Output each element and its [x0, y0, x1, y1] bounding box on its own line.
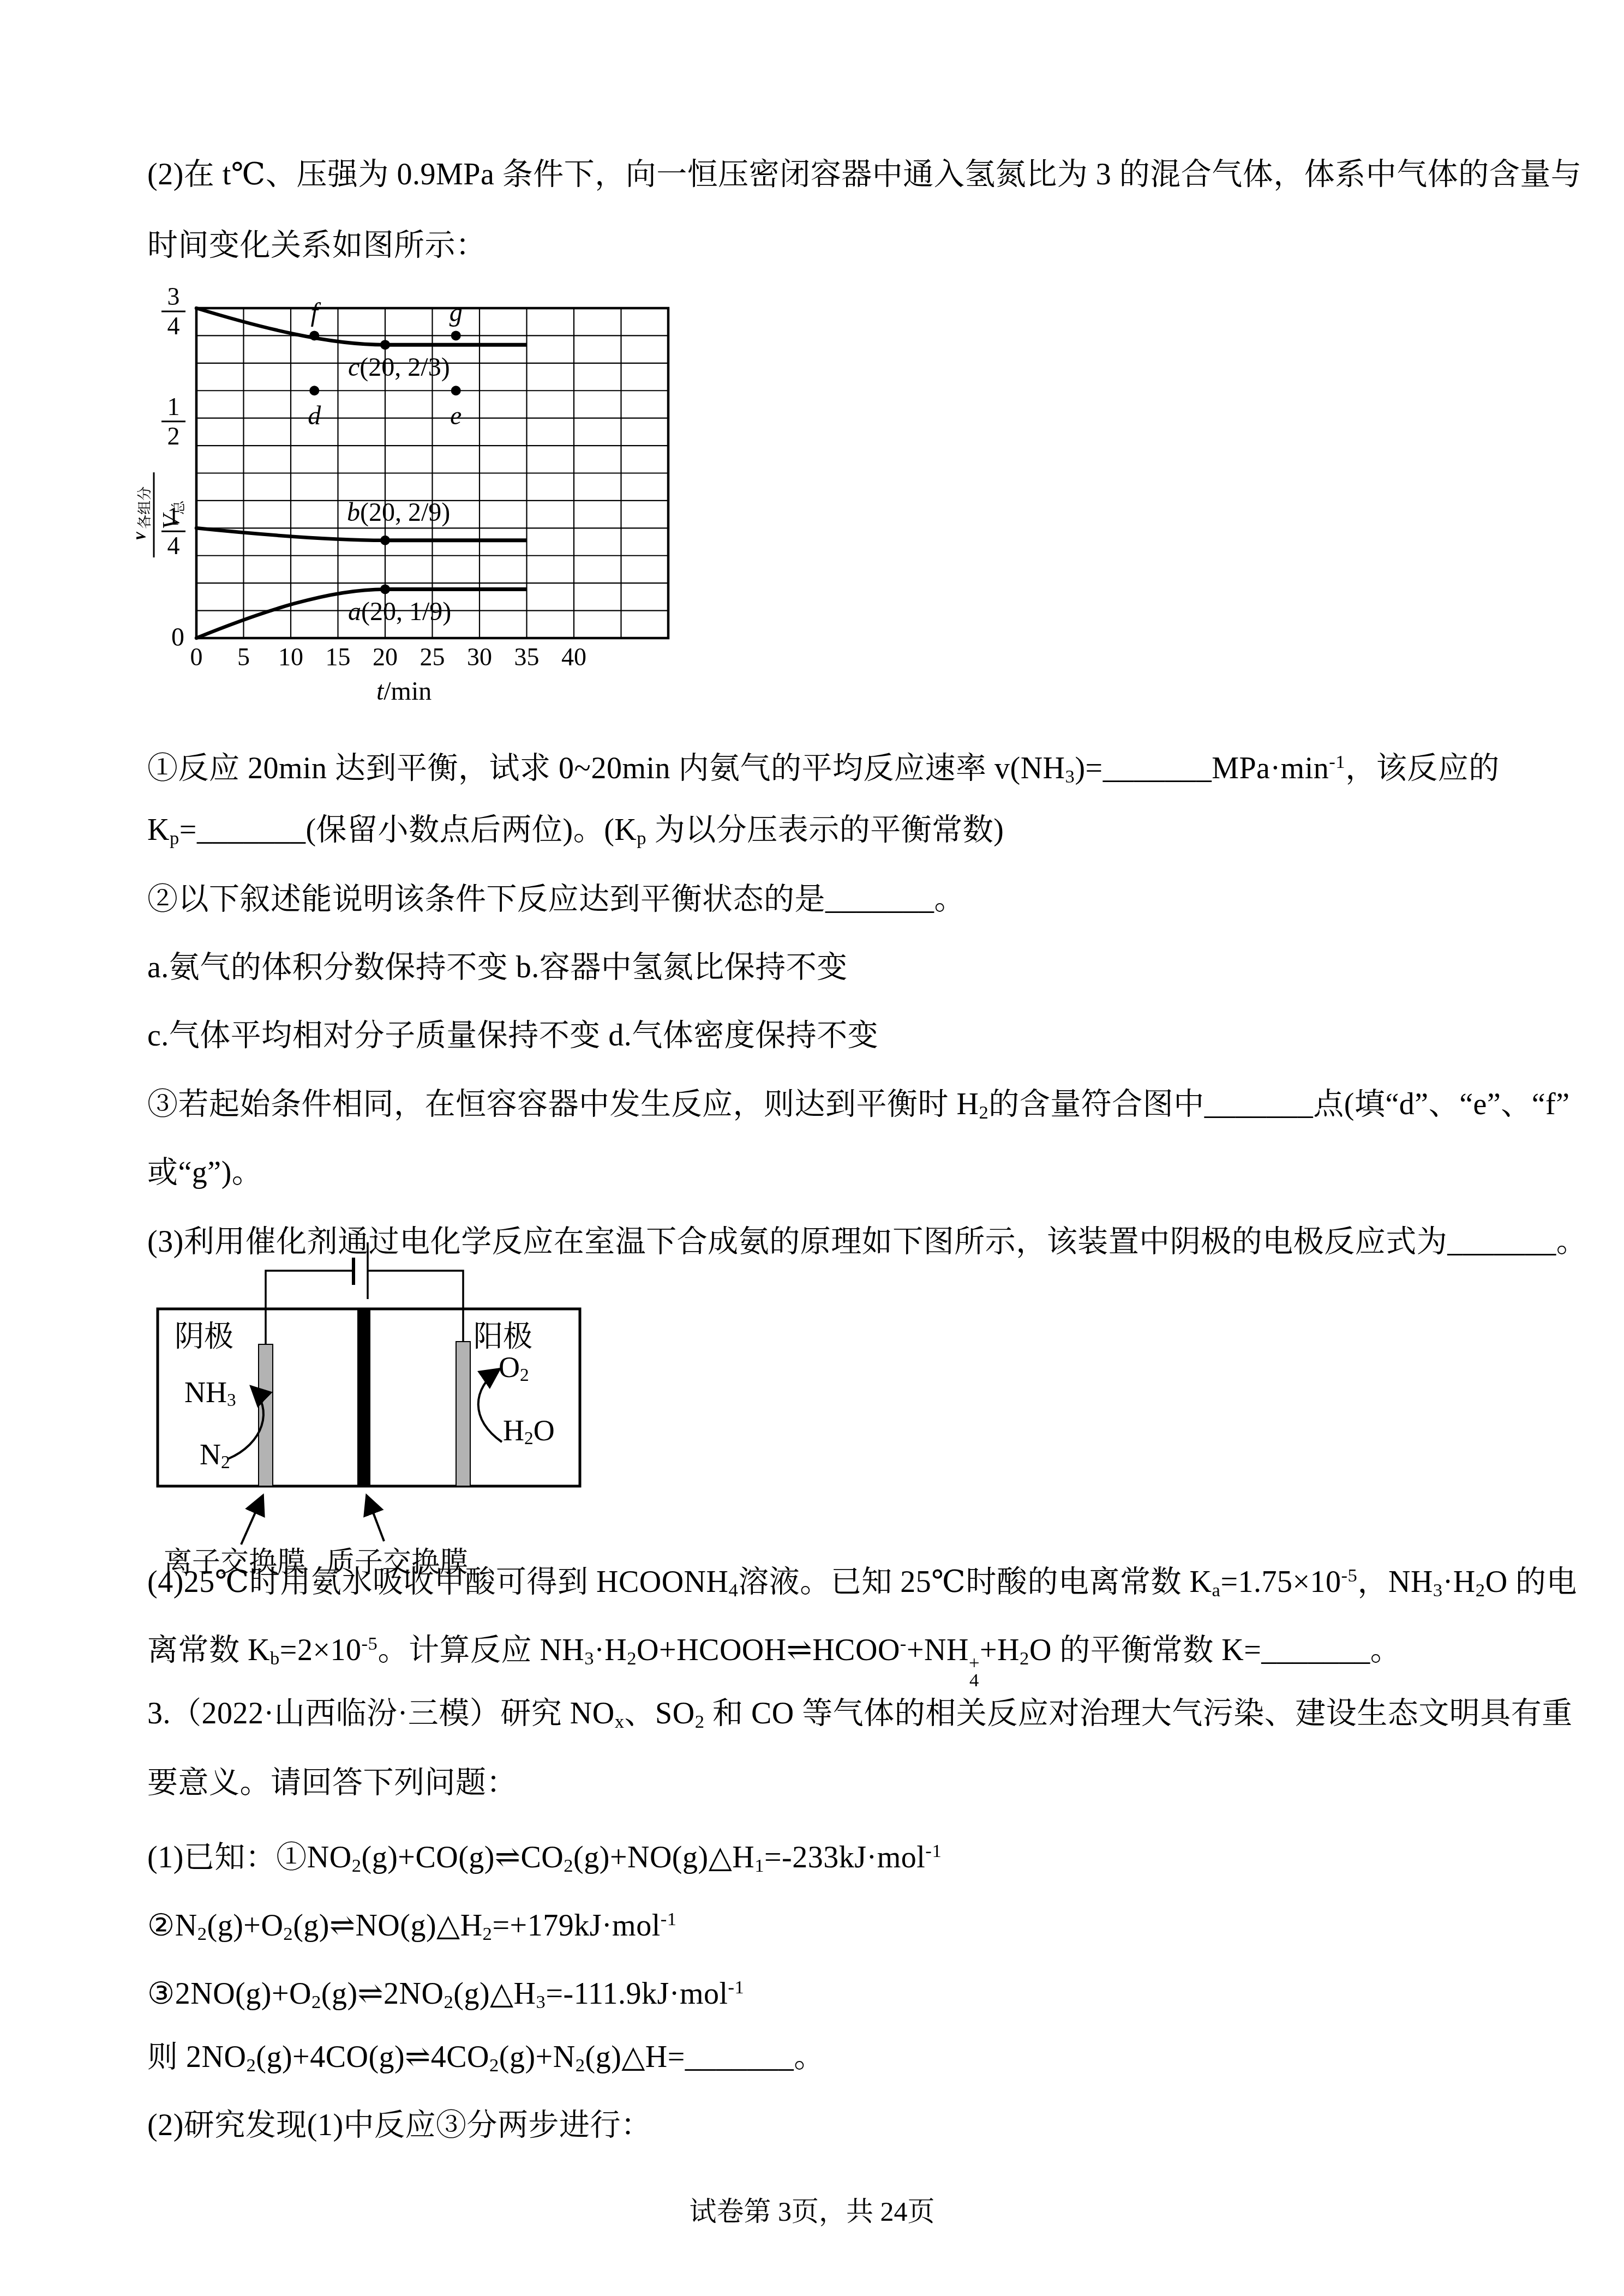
- equilibrium-label-ammonia-fraction: a(20, 1/9): [348, 597, 451, 626]
- svg-text:V总: V总: [158, 500, 187, 530]
- x-tick-label: 5: [237, 643, 250, 671]
- x-tick-label: 10: [278, 643, 303, 671]
- paragraph-2-line1: (2)在 t℃、压强为 0.9MPa 条件下，向一恒压密闭容器中通入氢氮比为 3…: [147, 154, 1522, 195]
- thermo-equation-2: ②N2(g)+O2(g)⇌NO(g)△H2=+179kJ·mol-1: [147, 1899, 1522, 1954]
- exam-paper-page: (2)在 t℃、压强为 0.9MPa 条件下，向一恒压密闭容器中通入氢氮比为 3…: [0, 0, 1624, 2296]
- reference-point-label-f: f: [311, 298, 321, 327]
- o2-label: O2: [499, 1350, 529, 1386]
- y-tick-fraction-den: 2: [167, 422, 180, 450]
- question-1-line2: Kp=_______(保留小数点后两位)。(Kp 为以分压表示的平衡常数): [147, 810, 1522, 858]
- reference-point-label-g: g: [450, 298, 463, 327]
- x-tick-label: 35: [514, 643, 540, 671]
- x-tick-label: 20: [373, 643, 398, 671]
- question-2: ②以下叙述能说明该条件下反应达到平衡状态的是_______。: [147, 879, 1522, 919]
- equilibrium-label-nitrogen-fraction: b(20, 2/9): [347, 498, 450, 527]
- equilibrium-point-nitrogen-fraction: [380, 536, 390, 545]
- x-tick-label: 0: [190, 643, 203, 671]
- question-1-line1: ①反应 20min 达到平衡，试求 0~20min 内氨气的平均反应速率 v(N…: [147, 742, 1522, 797]
- x-axis-label: t/min: [376, 677, 432, 706]
- problem-3-part2: (2)研究发现(1)中反应③分两步进行：: [147, 2105, 1522, 2145]
- x-tick-label: 30: [467, 643, 492, 671]
- question-3-line1: ③若起始条件相同，在恒容容器中发生反应，则达到平衡时 H2的含量符合图中____…: [147, 1084, 1522, 1133]
- n2-label: N2: [200, 1438, 230, 1473]
- svg-text:V各组分: V各组分: [136, 486, 153, 544]
- paragraph-4-line1: (4)25℃时用氨水吸收甲酸可得到 HCOONH4溶液。已知 25℃时酸的电离常…: [147, 1555, 1522, 1610]
- y-tick-fraction-den: 4: [167, 532, 180, 560]
- proton-exchange-membrane: [357, 1309, 370, 1486]
- gas-fraction-vs-time-chart: 3412140V各组分V总0510152025303540t/minc(20, …: [136, 275, 687, 717]
- paragraph-4-line2: 离常数 Kb=2×10-5。计算反应 NH3·H2O+HCOOH⇌HCOO-+N…: [147, 1624, 1522, 1689]
- reference-point-f: [309, 330, 319, 340]
- wire-right: [368, 1271, 463, 1342]
- problem-3-intro-line2: 要意义。请回答下列问题：: [147, 1763, 1522, 1803]
- x-tick-label: 40: [561, 643, 586, 671]
- page-footer: 试卷第 3页，共 24页: [0, 2190, 1624, 2229]
- thermo-equation-target: 则 2NO2(g)+4CO(g)⇌4CO2(g)+N2(g)△H=_______…: [147, 2037, 1522, 2085]
- thermo-equation-3: ③2NO(g)+O2(g)⇌2NO2(g)△H3=-111.9kJ·mol-1: [147, 1967, 1522, 2022]
- cathode-electrode: [259, 1344, 273, 1486]
- thermo-equation-1: (1)已知：①NO2(g)+CO(g)⇌CO2(g)+NO(g)△H1=-233…: [147, 1831, 1522, 1886]
- equilibrium-label-hydrogen-fraction: c(20, 2/3): [348, 353, 450, 382]
- y-tick-fraction-den: 4: [167, 312, 180, 340]
- option-a-b: a.氨气的体积分数保持不变 b.容器中氢氮比保持不变: [147, 947, 1522, 988]
- x-tick-label: 15: [326, 643, 351, 671]
- y-tick-fraction-num: 3: [167, 283, 180, 310]
- reference-point-e: [451, 386, 461, 395]
- anode-label: 阳极: [474, 1313, 532, 1355]
- nh3-label: NH3: [184, 1375, 236, 1411]
- y-tick-fraction-num: 1: [167, 393, 180, 420]
- equilibrium-point-ammonia-fraction: [380, 584, 390, 594]
- question-3-line2: 或“g”)。: [147, 1152, 1522, 1193]
- y-tick-label: 0: [171, 623, 184, 652]
- option-c-d: c.气体平均相对分子质量保持不变 d.气体密度保持不变: [147, 1015, 1522, 1056]
- h2o-label: H2O: [503, 1414, 555, 1449]
- reference-point-label-d: d: [308, 401, 321, 430]
- paragraph-2-line2: 时间变化关系如图所示：: [147, 225, 1522, 266]
- reference-point-d: [309, 386, 319, 395]
- cathode-label: 阴极: [175, 1313, 233, 1355]
- x-tick-label: 25: [420, 643, 445, 671]
- ion-membrane-pointer-arrow: [241, 1495, 263, 1544]
- proton-membrane-pointer-arrow: [367, 1495, 384, 1541]
- anode-electrode: [456, 1342, 470, 1486]
- reference-point-g: [451, 330, 461, 340]
- reference-point-label-e: e: [450, 401, 462, 430]
- problem-3-intro-line1: 3.（2022·山西临汾·三模）研究 NOx、SO2 和 CO 等气体的相关反应…: [147, 1693, 1522, 1742]
- equilibrium-point-hydrogen-fraction: [380, 340, 390, 350]
